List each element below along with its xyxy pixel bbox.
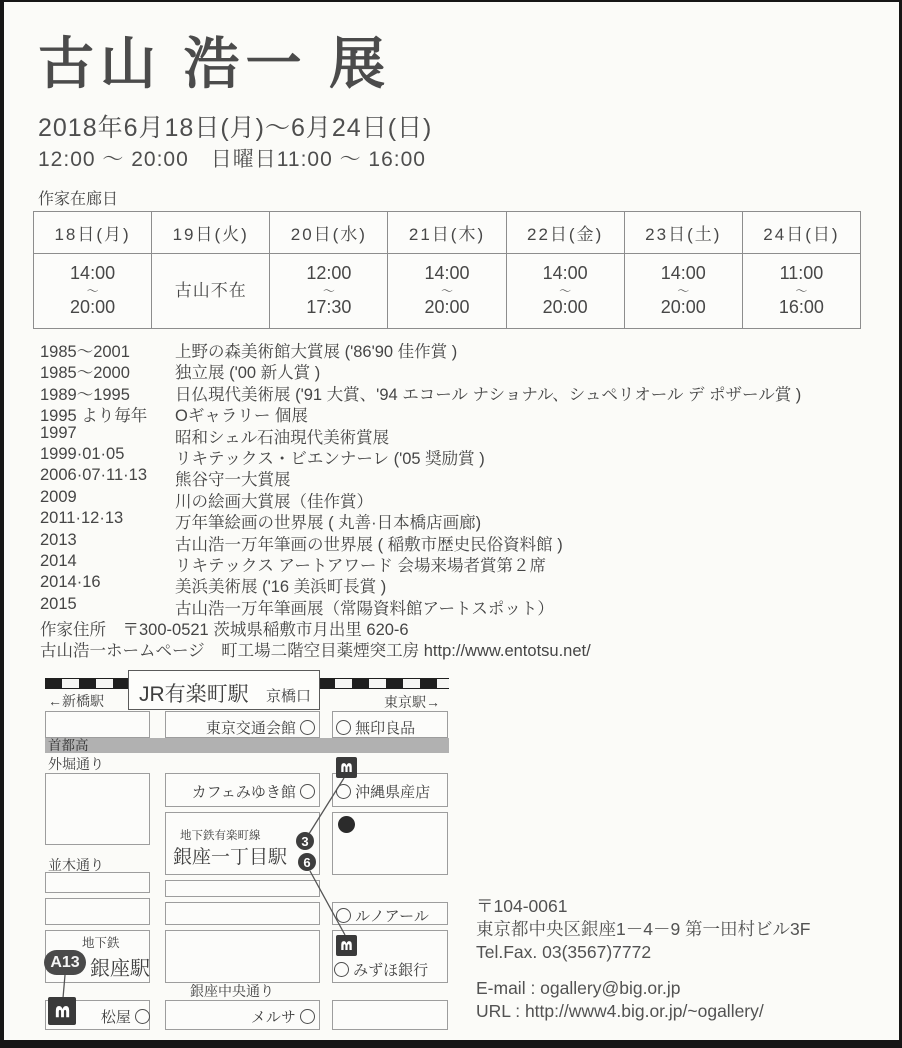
gallery-postal-code: 〒104-0061 bbox=[476, 895, 810, 918]
attendance-time: 14:00〜20:00 bbox=[624, 254, 742, 329]
history-row: 2013古山浩一万年筆画の世界展 ( 稲敷市歴史民俗資料館 ) bbox=[40, 531, 591, 552]
access-map: JR有楽町駅 京橋口 ←新橋駅 東京駅→ 首都高 外堀通り 並木通り 銀座中央通… bbox=[40, 665, 452, 1040]
kyobashi-exit-label: 京橋口 bbox=[266, 685, 311, 706]
exit-a13-badge: A13 bbox=[44, 950, 86, 975]
history-row: 2014リキテックス アートアワード 会場来場者賞第２席 bbox=[40, 552, 591, 573]
artist-address: 作家住所 〒300-0521 茨城県稲敷市月出里 620-6 bbox=[40, 616, 591, 637]
scan-edge-top bbox=[0, 0, 902, 2]
history-row: 2015古山浩一万年筆画展（常陽資料館アートスポット） bbox=[40, 595, 591, 616]
scan-edge-left bbox=[0, 0, 4, 1048]
history-row: 1995 より毎年Oギャラリー 個展 bbox=[40, 402, 591, 423]
attendance-time: 14:00〜20:00 bbox=[506, 254, 624, 329]
history-row: 1985～2001上野の森美術館大賞展 ('86'90 佳作賞 ) bbox=[40, 338, 591, 359]
tokyo-metro-icon bbox=[336, 935, 357, 956]
gallery-telfax: Tel.Fax. 03(3567)7772 bbox=[476, 941, 810, 964]
attendance-table: 18日(月) 19日(火) 20日(水) 21日(木) 22日(金) 23日(土… bbox=[33, 211, 861, 329]
attendance-day: 18日(月) bbox=[34, 212, 152, 254]
exhibition-title: 古山 浩一 展 bbox=[38, 20, 391, 100]
exhibition-hours: 12:00 ～ 20:00 日曜日11:00 ～ 16:00 bbox=[38, 143, 426, 173]
attendance-absent: 古山不在 bbox=[152, 254, 270, 329]
gallery-location-dot bbox=[338, 816, 355, 833]
gallery-contact-info: 〒104-0061 東京都中央区銀座1－4－9 第一田村ビル3F Tel.Fax… bbox=[476, 895, 810, 1023]
exit-3-badge: 3 bbox=[296, 832, 314, 850]
map-connector-lines bbox=[40, 665, 452, 1040]
history-row: 2006·07·11·13熊谷守一大賞展 bbox=[40, 466, 591, 487]
scanned-exhibition-flyer: 古山 浩一 展 2018年6月18日(月)～6月24日(日) 12:00 ～ 2… bbox=[0, 0, 902, 1048]
tokyo-metro-icon bbox=[336, 757, 357, 778]
attendance-day: 24日(日) bbox=[742, 212, 860, 254]
attendance-time: 14:00〜20:00 bbox=[388, 254, 506, 329]
attendance-time: 12:00〜17:30 bbox=[270, 254, 388, 329]
history-row: 2011·12·13万年筆絵画の世界展 ( 丸善·日本橋店画廊) bbox=[40, 509, 591, 530]
history-row: 1989～1995日仏現代美術展 ('91 大賞、'94 エコール ナショナル、… bbox=[40, 381, 591, 402]
history-row: 1999·01·05リキテックス・ビエンナーレ ('05 奨励賞 ) bbox=[40, 445, 591, 466]
jr-station-name: JR有楽町駅 bbox=[139, 678, 249, 708]
attendance-label: 作家在廊日 bbox=[38, 186, 118, 209]
tokyo-metro-icon bbox=[48, 997, 76, 1025]
exit-6-badge: 6 bbox=[298, 853, 316, 871]
exhibition-history: 1985～2001上野の森美術館大賞展 ('86'90 佳作賞 ) 1985～2… bbox=[40, 338, 591, 659]
scan-edge-bottom bbox=[0, 1040, 902, 1048]
history-row: 2009川の絵画大賞展（佳作賞） bbox=[40, 488, 591, 509]
attendance-day: 21日(木) bbox=[388, 212, 506, 254]
jr-yurakucho-station-box: JR有楽町駅 京橋口 bbox=[128, 670, 320, 710]
gallery-url: URL : http://www4.big.or.jp/~ogallery/ bbox=[476, 1000, 810, 1023]
attendance-day: 23日(土) bbox=[624, 212, 742, 254]
attendance-header-row: 18日(月) 19日(火) 20日(水) 21日(木) 22日(金) 23日(土… bbox=[34, 212, 861, 254]
attendance-time: 14:00〜20:00 bbox=[34, 254, 152, 329]
gallery-address: 東京都中央区銀座1－4－9 第一田村ビル3F bbox=[476, 918, 810, 941]
attendance-time: 11:00〜16:00 bbox=[742, 254, 860, 329]
attendance-day: 20日(水) bbox=[270, 212, 388, 254]
artist-homepage: 古山浩一ホームページ 町工場二階空目薬煙突工房 http://www.entot… bbox=[40, 637, 591, 658]
history-row: 1985～2000独立展 ('00 新人賞 ) bbox=[40, 359, 591, 380]
gallery-email: E-mail : ogallery@big.or.jp bbox=[476, 977, 810, 1000]
attendance-times-row: 14:00〜20:00 古山不在 12:00〜17:30 14:00〜20:00… bbox=[34, 254, 861, 329]
history-row: 1997昭和シェル石油現代美術賞展 bbox=[40, 424, 591, 445]
attendance-day: 19日(火) bbox=[152, 212, 270, 254]
exhibition-dates: 2018年6月18日(月)～6月24日(日) bbox=[38, 108, 432, 144]
attendance-day: 22日(金) bbox=[506, 212, 624, 254]
history-row: 2014·16美浜美術展 ('16 美浜町長賞 ) bbox=[40, 573, 591, 594]
